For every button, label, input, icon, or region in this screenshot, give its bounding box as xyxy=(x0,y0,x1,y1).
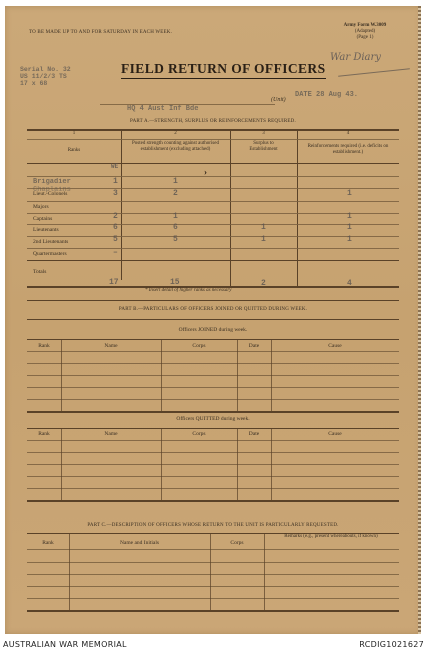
row-line xyxy=(27,363,399,364)
joined-col-rank: Rank xyxy=(27,343,61,349)
rank-label: Majors xyxy=(33,204,49,210)
row-line xyxy=(27,224,399,225)
col-number-3: 3 xyxy=(230,131,297,137)
row-line xyxy=(27,464,399,465)
quitted-col-cause: Cause xyxy=(271,431,399,437)
serial-line: 17 x 68 xyxy=(20,80,71,87)
divider xyxy=(27,411,399,413)
row-line xyxy=(27,248,399,249)
col-header-ranks: Ranks xyxy=(27,148,121,154)
cell-col2: 5 xyxy=(173,235,178,244)
col-number-4: 4 xyxy=(297,131,399,137)
cell-col4: 1 xyxy=(347,223,352,232)
rank-label: Captains xyxy=(33,216,52,222)
divider xyxy=(27,139,399,140)
divider xyxy=(27,300,399,301)
header-instruction: TO BE MADE UP TO AND FOR SATURDAY IN EAC… xyxy=(29,30,172,35)
row-line xyxy=(27,188,399,189)
cell-col2: 2 xyxy=(173,189,178,198)
row-line xyxy=(27,598,399,599)
cell-col1: 3 xyxy=(113,189,118,198)
row-line xyxy=(27,236,399,237)
form-id-line: (Page 1) xyxy=(331,35,399,41)
cell-col1: 5 xyxy=(113,235,118,244)
totals-label: Totals xyxy=(33,269,46,275)
cell-col1: 6 xyxy=(113,223,118,232)
document-title: FIELD RETURN OF OFFICERS xyxy=(121,61,326,79)
rank-label: Brigadier xyxy=(33,178,71,186)
serial-line: US 11/2/3 TS xyxy=(20,73,71,80)
cell-col4: 1 xyxy=(347,189,352,198)
column-divider xyxy=(210,533,211,610)
row-line xyxy=(27,260,399,261)
column-divider xyxy=(69,533,70,610)
row-line xyxy=(27,201,399,202)
footnote: * Insert detail of higher ranks as neces… xyxy=(145,288,232,293)
joined-col-name: Name xyxy=(61,343,161,349)
col-number-2: 2 xyxy=(121,131,230,137)
quitted-col-corps: Corps xyxy=(161,431,237,437)
quitted-col-rank: Rank xyxy=(27,431,61,437)
unit-label: (Unit) xyxy=(271,97,286,103)
row-line xyxy=(27,375,399,376)
col-header-surplus: Surplus to Establishment xyxy=(241,141,286,153)
quitted-col-date: Date xyxy=(237,431,271,437)
column-divider xyxy=(230,130,231,287)
quitted-col-name: Name xyxy=(61,431,161,437)
serial-line: Serial No. 32 xyxy=(20,66,71,73)
joined-col-corps: Corps xyxy=(161,343,237,349)
cell-col2: 6 xyxy=(173,223,178,232)
part-a-heading: PART A.—STRENGTH, SURPLUS OR REINFORCEME… xyxy=(27,119,399,124)
cell-col1: – xyxy=(113,248,118,257)
rank-label: Lieutenants xyxy=(33,227,59,233)
handwritten-underline xyxy=(338,68,410,77)
serial-stamp: Serial No. 32 US 11/2/3 TS 17 x 68 xyxy=(20,66,71,87)
col-header-reinforcements: Reinforcements required (i.e. deficits o… xyxy=(303,144,393,156)
row-line xyxy=(27,549,399,550)
row-line xyxy=(27,399,399,400)
divider xyxy=(27,428,399,429)
quitted-title: Officers QUITTED during week. xyxy=(27,416,399,422)
date-value: DATE 28 Aug 43. xyxy=(295,91,358,99)
column-divider xyxy=(297,130,298,287)
joined-col-date: Date xyxy=(237,343,271,349)
unit-value: HQ 4 Aust Inf Bde xyxy=(127,105,198,113)
handwritten-note: War Diary xyxy=(330,52,381,63)
column-divider xyxy=(271,339,272,411)
column-divider xyxy=(264,533,265,610)
col-number-1: 1 xyxy=(27,131,121,137)
column-divider xyxy=(237,428,238,500)
joined-title: Officers JOINED during week. xyxy=(27,327,399,333)
part-c-col-corps: Corps xyxy=(210,540,264,546)
column-divider xyxy=(121,130,122,280)
row-line xyxy=(27,452,399,453)
part-c-col-name: Name and Initials xyxy=(69,540,210,546)
row-line xyxy=(27,213,399,214)
row-line xyxy=(27,574,399,575)
column-divider xyxy=(61,339,62,411)
cell-col4: 1 xyxy=(347,212,352,221)
divider xyxy=(27,500,399,502)
row-line xyxy=(27,586,399,587)
row-line xyxy=(27,387,399,388)
column-divider xyxy=(161,428,162,500)
cell-col3: 1 xyxy=(261,223,266,232)
rank-label: Lieut.-Colonels xyxy=(33,191,67,197)
divider xyxy=(27,319,399,320)
column-divider xyxy=(161,339,162,411)
rank-label: 2nd Lieutenants xyxy=(33,239,68,245)
column-divider xyxy=(61,428,62,500)
establishment-marker: WE xyxy=(111,163,118,170)
rank-label: Quartermasters xyxy=(33,251,67,257)
row-line xyxy=(27,562,399,563)
cell-col4: 1 xyxy=(347,235,352,244)
row-line xyxy=(27,176,399,177)
row-line xyxy=(27,440,399,441)
cell-col2: 1 xyxy=(173,212,178,221)
divider xyxy=(27,610,399,612)
document-page: TO BE MADE UP TO AND FOR SATURDAY IN EAC… xyxy=(5,6,421,634)
cell-col2: 1 xyxy=(173,177,178,186)
part-c-col-rank: Rank xyxy=(27,540,69,546)
footer-credit: AUSTRALIAN WAR MEMORIAL xyxy=(3,640,127,649)
row-line xyxy=(27,351,399,352)
cell-col1: 1 xyxy=(113,177,118,186)
form-id: Army Form W.3009 (Adapted) (Page 1) xyxy=(331,23,399,41)
row-line xyxy=(27,488,399,489)
row-line xyxy=(27,476,399,477)
part-c-col-remarks: Remarks (e.g., present whereabouts, if k… xyxy=(267,534,395,540)
divider xyxy=(27,339,399,340)
divider xyxy=(27,163,399,164)
joined-col-cause: Cause xyxy=(271,343,399,349)
column-divider xyxy=(237,339,238,411)
cell-col1: 2 xyxy=(113,212,118,221)
column-divider xyxy=(271,428,272,500)
part-c-heading: PART C.—DESCRIPTION OF OFFICERS WHOSE RE… xyxy=(27,523,399,528)
part-b-heading: PART B.—PARTICULARS OF OFFICERS JOINED O… xyxy=(27,307,399,312)
col-header-posted: Posted strength counting against authori… xyxy=(125,141,226,153)
cell-col3: 1 xyxy=(261,235,266,244)
footer-id: RCDIG1021627 xyxy=(359,640,424,649)
